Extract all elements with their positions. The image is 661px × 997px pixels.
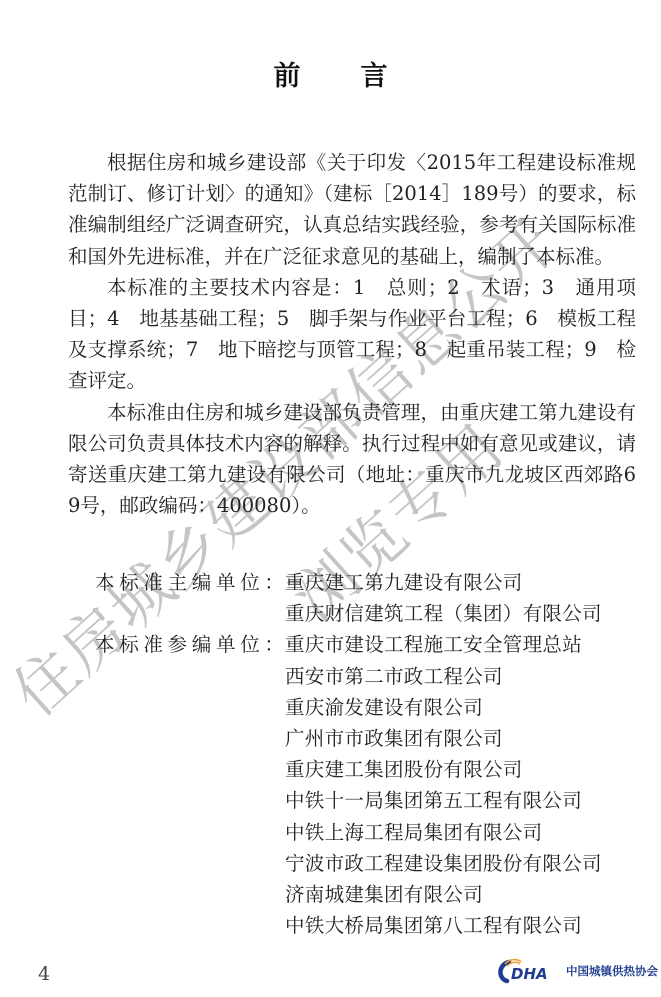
logo-name: 中国城镇供热协会 bbox=[566, 963, 658, 979]
participating-org: 重庆渝发建设有限公司 bbox=[285, 692, 483, 723]
participating-org: 济南城建集团有限公司 bbox=[285, 879, 483, 910]
logo-mark-icon: DHA bbox=[495, 958, 561, 984]
org-row: 重庆建工集团股份有限公司 bbox=[68, 754, 648, 785]
participating-org: 宁波市政工程建设集团股份有限公司 bbox=[285, 848, 602, 879]
org-row: 西安市第二市政工程公司 bbox=[68, 661, 648, 692]
organizations-list: 本标准主编单位： 重庆建工第九建设有限公司 重庆财信建筑工程（集团）有限公司 本… bbox=[68, 567, 648, 941]
participating-org: 中铁大桥局集团第八工程有限公司 bbox=[285, 910, 582, 941]
document-page: 住房城乡建设部信息公开 浏览专用 前言 根据住房和城乡建设部《关于印发〈2015… bbox=[0, 0, 661, 997]
participating-org: 广州市市政集团有限公司 bbox=[285, 723, 503, 754]
org-row: 本标准主编单位： 重庆建工第九建设有限公司 bbox=[68, 567, 648, 598]
org-row: 广州市市政集团有限公司 bbox=[68, 723, 648, 754]
paragraph-background: 根据住房和城乡建设部《关于印发〈2015年工程建设标准规范制订、修订计划〉的通知… bbox=[68, 147, 636, 272]
org-row: 中铁上海工程局集团有限公司 bbox=[68, 817, 648, 848]
org-row: 宁波市政工程建设集团股份有限公司 bbox=[68, 848, 648, 879]
chief-editor-org: 重庆财信建筑工程（集团）有限公司 bbox=[285, 598, 602, 629]
chief-editor-label: 本标准主编单位： bbox=[68, 567, 285, 598]
org-row: 济南城建集团有限公司 bbox=[68, 879, 648, 910]
svg-text:DHA: DHA bbox=[511, 965, 548, 983]
page-title: 前言 bbox=[0, 54, 661, 93]
participating-org: 西安市第二市政工程公司 bbox=[285, 661, 503, 692]
title-char: 前 bbox=[274, 54, 301, 93]
page-number: 4 bbox=[38, 963, 50, 985]
org-row: 重庆财信建筑工程（集团）有限公司 bbox=[68, 598, 648, 629]
participating-org: 中铁上海工程局集团有限公司 bbox=[285, 817, 542, 848]
cdha-logo: DHA 中国城镇供热协会 bbox=[495, 956, 661, 986]
participating-org: 中铁十一局集团第五工程有限公司 bbox=[285, 785, 582, 816]
org-row: 中铁十一局集团第五工程有限公司 bbox=[68, 785, 648, 816]
org-row: 重庆渝发建设有限公司 bbox=[68, 692, 648, 723]
participating-org: 重庆建工集团股份有限公司 bbox=[285, 754, 523, 785]
preface-body: 根据住房和城乡建设部《关于印发〈2015年工程建设标准规范制订、修订计划〉的通知… bbox=[68, 147, 636, 521]
paragraph-management: 本标准由住房和城乡建设部负责管理，由重庆建工第九建设有限公司负责具体技术内容的解… bbox=[68, 397, 636, 522]
participating-org: 重庆市建设工程施工安全管理总站 bbox=[285, 629, 582, 660]
paragraph-contents: 本标准的主要技术内容是：1 总则；2 术语；3 通用项目；4 地基基础工程；5 … bbox=[68, 272, 636, 397]
title-char: 言 bbox=[361, 54, 388, 93]
org-row: 本标准参编单位： 重庆市建设工程施工安全管理总站 bbox=[68, 629, 648, 660]
org-row: 中铁大桥局集团第八工程有限公司 bbox=[68, 910, 648, 941]
chief-editor-org: 重庆建工第九建设有限公司 bbox=[285, 567, 523, 598]
participating-label: 本标准参编单位： bbox=[68, 629, 285, 660]
